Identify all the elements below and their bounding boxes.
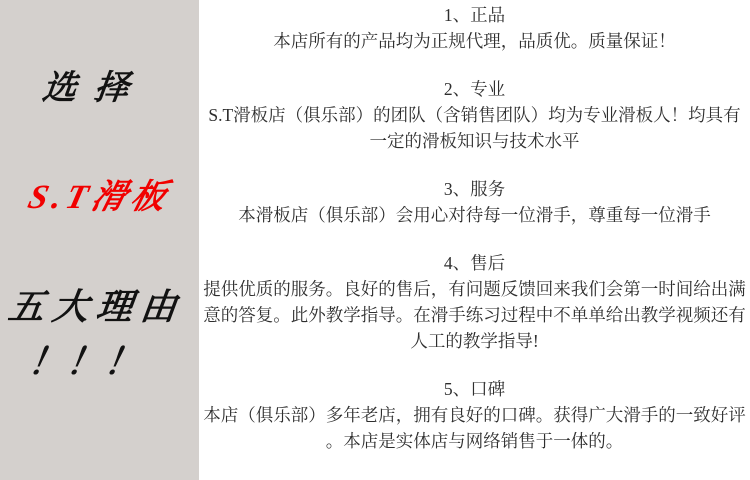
reason-item-5: 5、口碑 本店（俱乐部）多年老店，拥有良好的口碑。获得广大滑手的一致好评。本店是…	[203, 376, 746, 454]
reason-item-1: 1、正品 本店所有的产品均为正规代理，品质优。质量保证！	[203, 2, 746, 54]
reason-heading: 3、服务	[203, 176, 746, 202]
reason-heading: 2、专业	[203, 76, 746, 102]
reason-heading: 4、售后	[203, 250, 746, 276]
reason-body: 提供优质的服务。良好的售后，有问题反馈回来我们会第一时间给出满意的答复。此外教学…	[203, 276, 746, 354]
reason-body: 本店（俱乐部）多年老店，拥有良好的口碑。获得广大滑手的一致好评。本店是实体店与网…	[203, 402, 746, 454]
reasons-list: 1、正品 本店所有的产品均为正规代理，品质优。质量保证！ 2、专业 S.T滑板店…	[199, 0, 750, 480]
banner-text-exclamations: ！！！	[0, 344, 202, 380]
reason-item-4: 4、售后 提供优质的服务。良好的售后，有问题反馈回来我们会第一时间给出满意的答复…	[203, 250, 746, 354]
reason-item-2: 2、专业 S.T滑板店（俱乐部）的团队（含销售团队）均为专业滑板人！均具有一定的…	[203, 76, 746, 154]
reason-body: 本店所有的产品均为正规代理，品质优。质量保证！	[203, 28, 746, 54]
reason-item-3: 3、服务 本滑板店（俱乐部）会用心对待每一位滑手，尊重每一位滑手	[203, 176, 746, 228]
promo-banner: 选择 S.T滑板 五大理由 ！！！ 1、正品 本店所有的产品均为正规代理，品质优…	[0, 0, 750, 480]
reason-heading: 1、正品	[203, 2, 746, 28]
reason-body: 本滑板店（俱乐部）会用心对待每一位滑手，尊重每一位滑手	[203, 202, 746, 228]
banner-text-brand: S.T滑板	[0, 181, 203, 215]
reason-heading: 5、口碑	[203, 376, 746, 402]
banner-text-choose: 选择	[0, 72, 201, 106]
left-calligraphy-banner: 选择 S.T滑板 五大理由 ！！！	[0, 0, 199, 480]
banner-text-reasons: 五大理由	[0, 289, 201, 325]
reason-body: S.T滑板店（俱乐部）的团队（含销售团队）均为专业滑板人！均具有一定的滑板知识与…	[203, 102, 746, 154]
